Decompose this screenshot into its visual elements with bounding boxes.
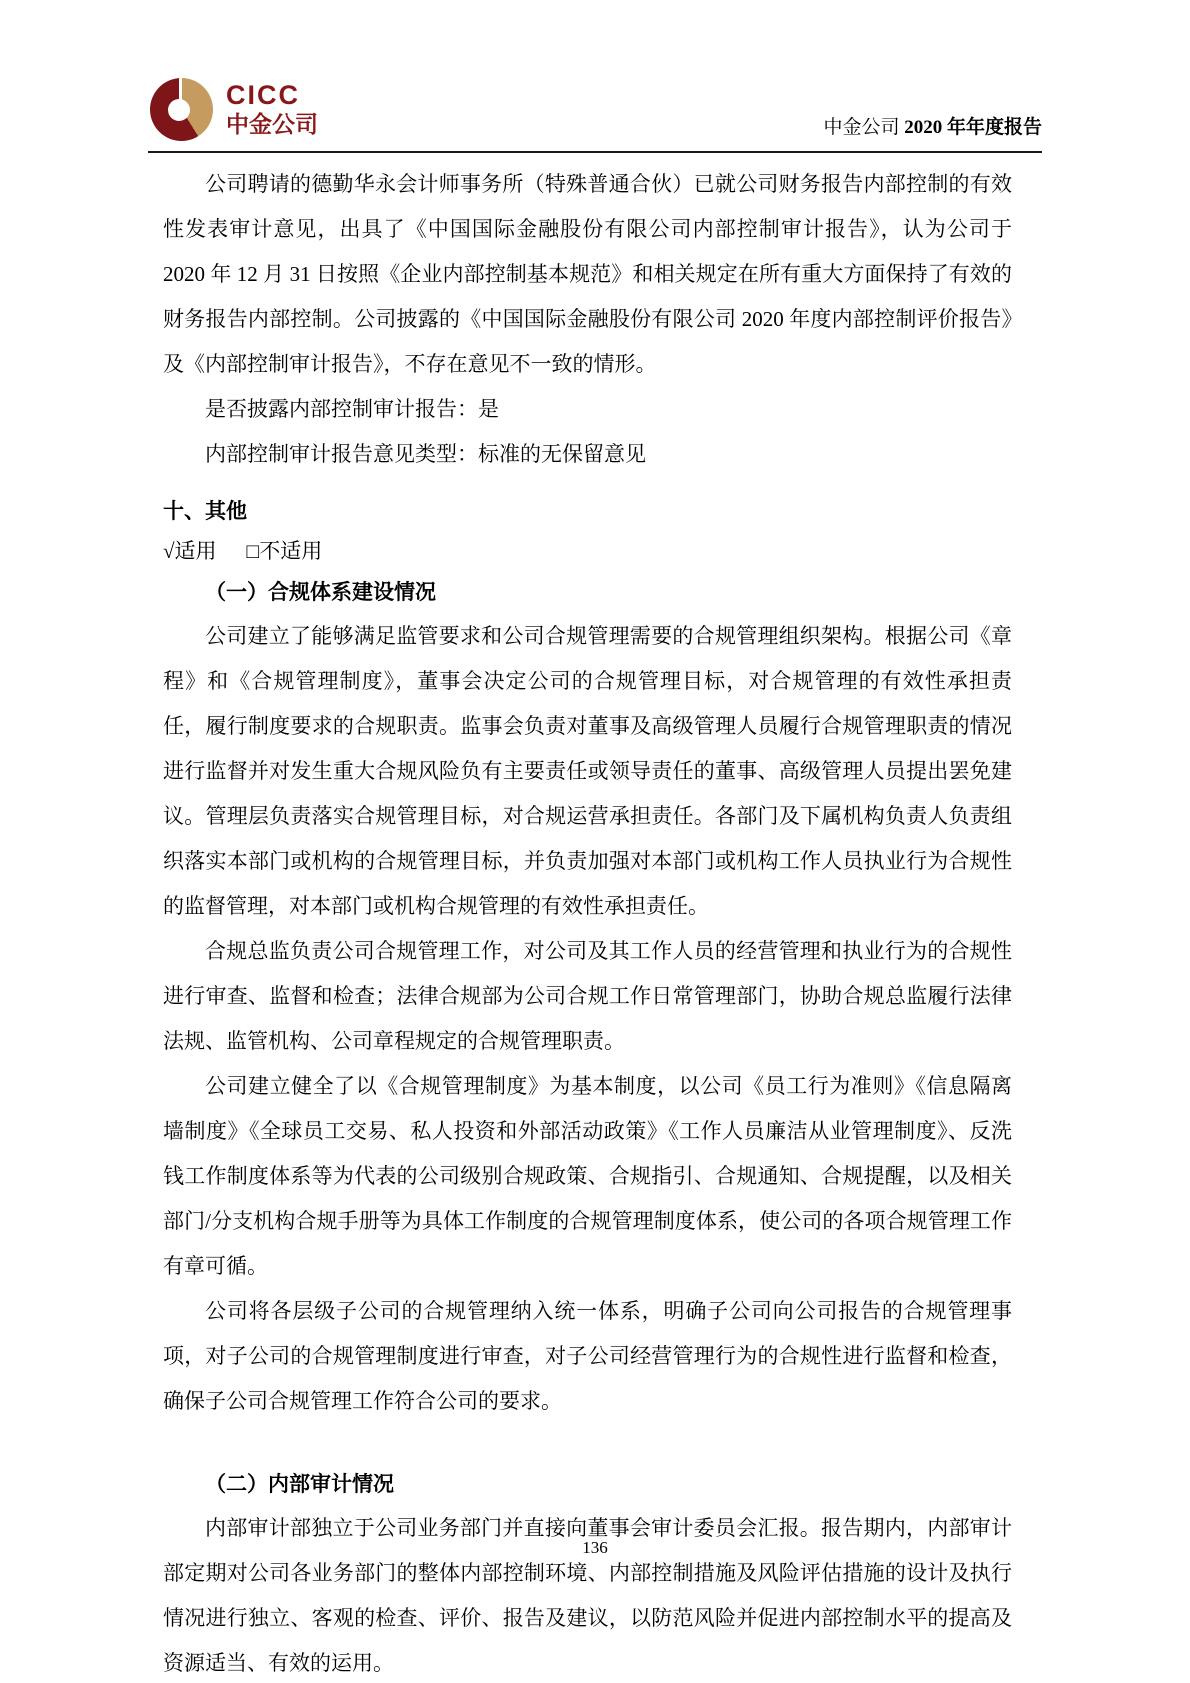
page-header: CICC 中金公司 中金公司 2020 年年度报告 (150, 78, 1042, 141)
subsection-heading-internal-audit: （二）内部审计情况 (163, 1462, 1012, 1506)
document-page: CICC 中金公司 中金公司 2020 年年度报告 公司聘请的德勤华永会计师事务… (0, 0, 1190, 1683)
logo-hole-shape (168, 99, 190, 121)
header-divider (148, 151, 1042, 153)
line-disclose-report: 是否披露内部控制审计报告：是 (163, 387, 1012, 432)
paragraph-internal-audit: 内部审计部独立于公司业务部门并直接向董事会审计委员会汇报。报告期内，内部审计部定… (163, 1506, 1012, 1683)
report-title-company: 中金公司 (823, 117, 899, 138)
paragraph-subsidiary-compliance: 公司将各层级子公司的合规管理纳入统一体系，明确子公司向公司报告的合规管理事项，对… (163, 1289, 1012, 1424)
logo-text-cn: 中金公司 (226, 112, 318, 137)
document-body: 公司聘请的德勤华永会计师事务所（特殊普通合伙）已就公司财务报告内部控制的有效性发… (163, 162, 1012, 1683)
paragraph-compliance-policies: 公司建立健全了以《合规管理制度》为基本制度，以公司《员工行为准则》《信息隔离墙制… (163, 1064, 1012, 1289)
paragraph-compliance-structure: 公司建立了能够满足监管要求和公司合规管理需要的合规管理组织架构。根据公司《章程》… (163, 614, 1012, 929)
applicability-line: √适用□不适用 (163, 532, 1012, 570)
cicc-logo: CICC 中金公司 (150, 78, 318, 141)
report-header-title: 中金公司 2020 年年度报告 (823, 118, 1042, 141)
report-title-year: 2020 年年度报告 (904, 117, 1042, 138)
page-footer: 136 (0, 1538, 1190, 1558)
logo-wordmark: CICC 中金公司 (226, 82, 318, 137)
logo-text-en: CICC (226, 82, 318, 109)
applicable-checked-label: √适用 (163, 539, 217, 563)
paragraph-audit-opinion: 公司聘请的德勤华永会计师事务所（特殊普通合伙）已就公司财务报告内部控制的有效性发… (163, 162, 1012, 387)
subsection-heading-compliance: （一）合规体系建设情况 (163, 570, 1012, 614)
paragraph-compliance-director: 合规总监负责公司合规管理工作，对公司及其工作人员的经营管理和执业行为的合规性进行… (163, 929, 1012, 1064)
logo-slit-shape (179, 78, 182, 102)
page-number: 136 (582, 1538, 608, 1557)
line-opinion-type: 内部控制审计报告意见类型：标准的无保留意见 (163, 432, 1012, 477)
not-applicable-unchecked-label: □不适用 (247, 539, 323, 563)
section-heading-ten-other: 十、其他 (163, 490, 1012, 532)
cicc-logo-icon (150, 78, 213, 141)
